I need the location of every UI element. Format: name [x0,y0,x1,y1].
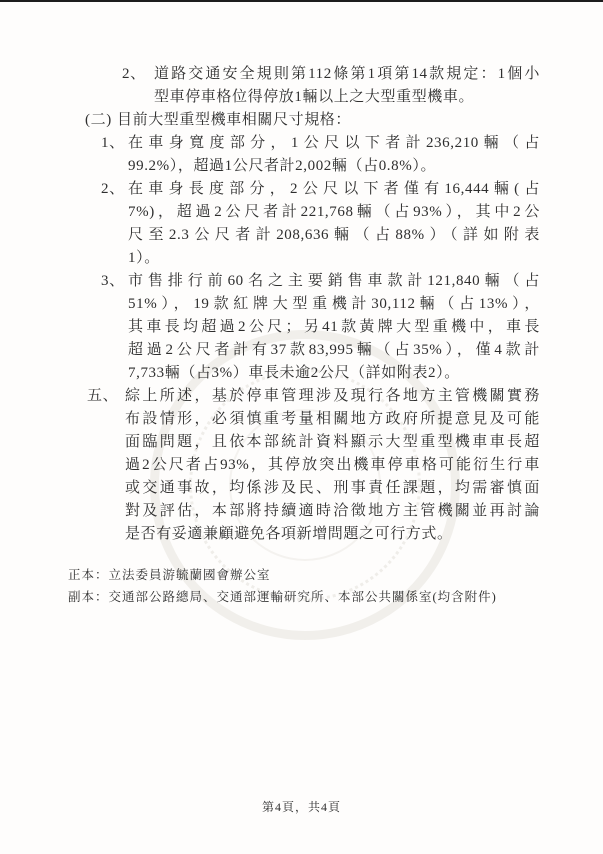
text-line: 51%），19款紅牌大型重機計30,112輛（占13%）， [128,293,540,316]
distribution-list: 正本：立法委員游毓蘭國會辦公室 副本：交通部公路總局、交通部運輸研究所、本部公共… [68,564,497,608]
text-line: 在車身長度部分，2公尺以下者僅有16,444輛(占 [128,178,540,201]
text-line: 在車身寬度部分，1公尺以下者計236,210輛（占 [128,132,540,155]
text-line: 綜上所述，基於停車管理涉及現行各地方主管機關實務 [125,385,540,408]
para-item-body-width: 1、 在車身寬度部分，1公尺以下者計236,210輛（占 99.2%），超過1公… [101,132,540,178]
text-line: 目前大型重型機車相關尺寸規格： [117,109,540,132]
para-item-top-sales: 3、 市售排行前60名之主要銷售車款計121,840輛（占 51%），19款紅牌… [101,270,540,385]
text-line: 市售排行前60名之主要銷售車款計121,840輛（占 [128,270,540,293]
text-line: 7%)，超過2公尺者計221,768輛（占93%），其中2公 [128,201,540,224]
list-marker: 1、 [101,132,125,155]
list-marker: (二) [85,109,112,132]
text-line: 面臨問題，且依本部統計資料顯示大型重型機車車長超 [125,431,540,454]
list-marker: 3、 [101,270,125,293]
text-line: 其車長均超過2公尺；另41款黃牌大型重機中，車長 [128,316,540,339]
page-number: 第4頁，共4頁 [0,798,603,815]
text-line: 型車停車格位得停放1輛以上之大型重型機車。 [154,86,540,109]
text-line: 99.2%），超過1公尺者計2,002輛（占0.8%）。 [128,155,540,178]
text-line: 7,733輛（占3%）車長未逾2公尺（詳如附表2）。 [128,362,540,385]
text-line: 布設情形，必須慎重考量相關地方政府所提意見及可能 [125,408,540,431]
para-section-2-heading: (二) 目前大型重型機車相關尺寸規格： [85,109,540,132]
scan-top-edge [0,0,603,2]
para-item-body-length: 2、 在車身長度部分，2公尺以下者僅有16,444輛(占 7%)，超過2公尺者計… [101,178,540,270]
copy-to-original: 正本：立法委員游毓蘭國會辦公室 [68,564,497,586]
copy-to-cc: 副本：交通部公路總局、交通部運輸研究所、本部公共關係室(均含附件) [68,586,497,608]
distribution-value: 交通部公路總局、交通部運輸研究所、本部公共關係室(均含附件) [109,590,497,604]
text-line: 過2公尺者占93%，其停放突出機車停車格可能衍生行車 [125,454,540,477]
document-page: 2、 道路交通安全規則第112條第1項第14款規定：1個小 型車停車格位得停放1… [0,0,603,854]
distribution-value: 立法委員游毓蘭國會辦公室 [109,568,271,582]
para-point-five-summary: 五、 綜上所述，基於停車管理涉及現行各地方主管機關實務 布設情形，必須慎重考量相… [87,385,540,546]
text-line: 道路交通安全規則第112條第1項第14款規定：1個小 [154,63,540,86]
distribution-label: 正本： [68,568,109,582]
list-marker: 2、 [122,63,146,86]
para-road-traffic-rule: 2、 道路交通安全規則第112條第1項第14款規定：1個小 型車停車格位得停放1… [122,63,540,109]
text-line: 是否有妥適兼顧避免各項新增問題之可行方式。 [125,523,540,546]
text-line: 超過2公尺者計有37款83,995輛（占35%），僅4款計 [128,339,540,362]
distribution-label: 副本： [68,590,109,604]
text-line: 1）。 [128,247,540,270]
document-body: 2、 道路交通安全規則第112條第1項第14款規定：1個小 型車停車格位得停放1… [0,63,603,546]
text-line: 或交通事故，均係涉及民、刑事責任課題，均需審慎面 [125,477,540,500]
list-marker: 2、 [101,178,125,201]
text-line: 尺至2.3公尺者計208,636輛（占88%）（詳如附表 [128,224,540,247]
list-marker: 五、 [87,385,118,408]
text-line: 對及評估，本部將持續適時洽徵地方主管機關並再討論 [125,500,540,523]
